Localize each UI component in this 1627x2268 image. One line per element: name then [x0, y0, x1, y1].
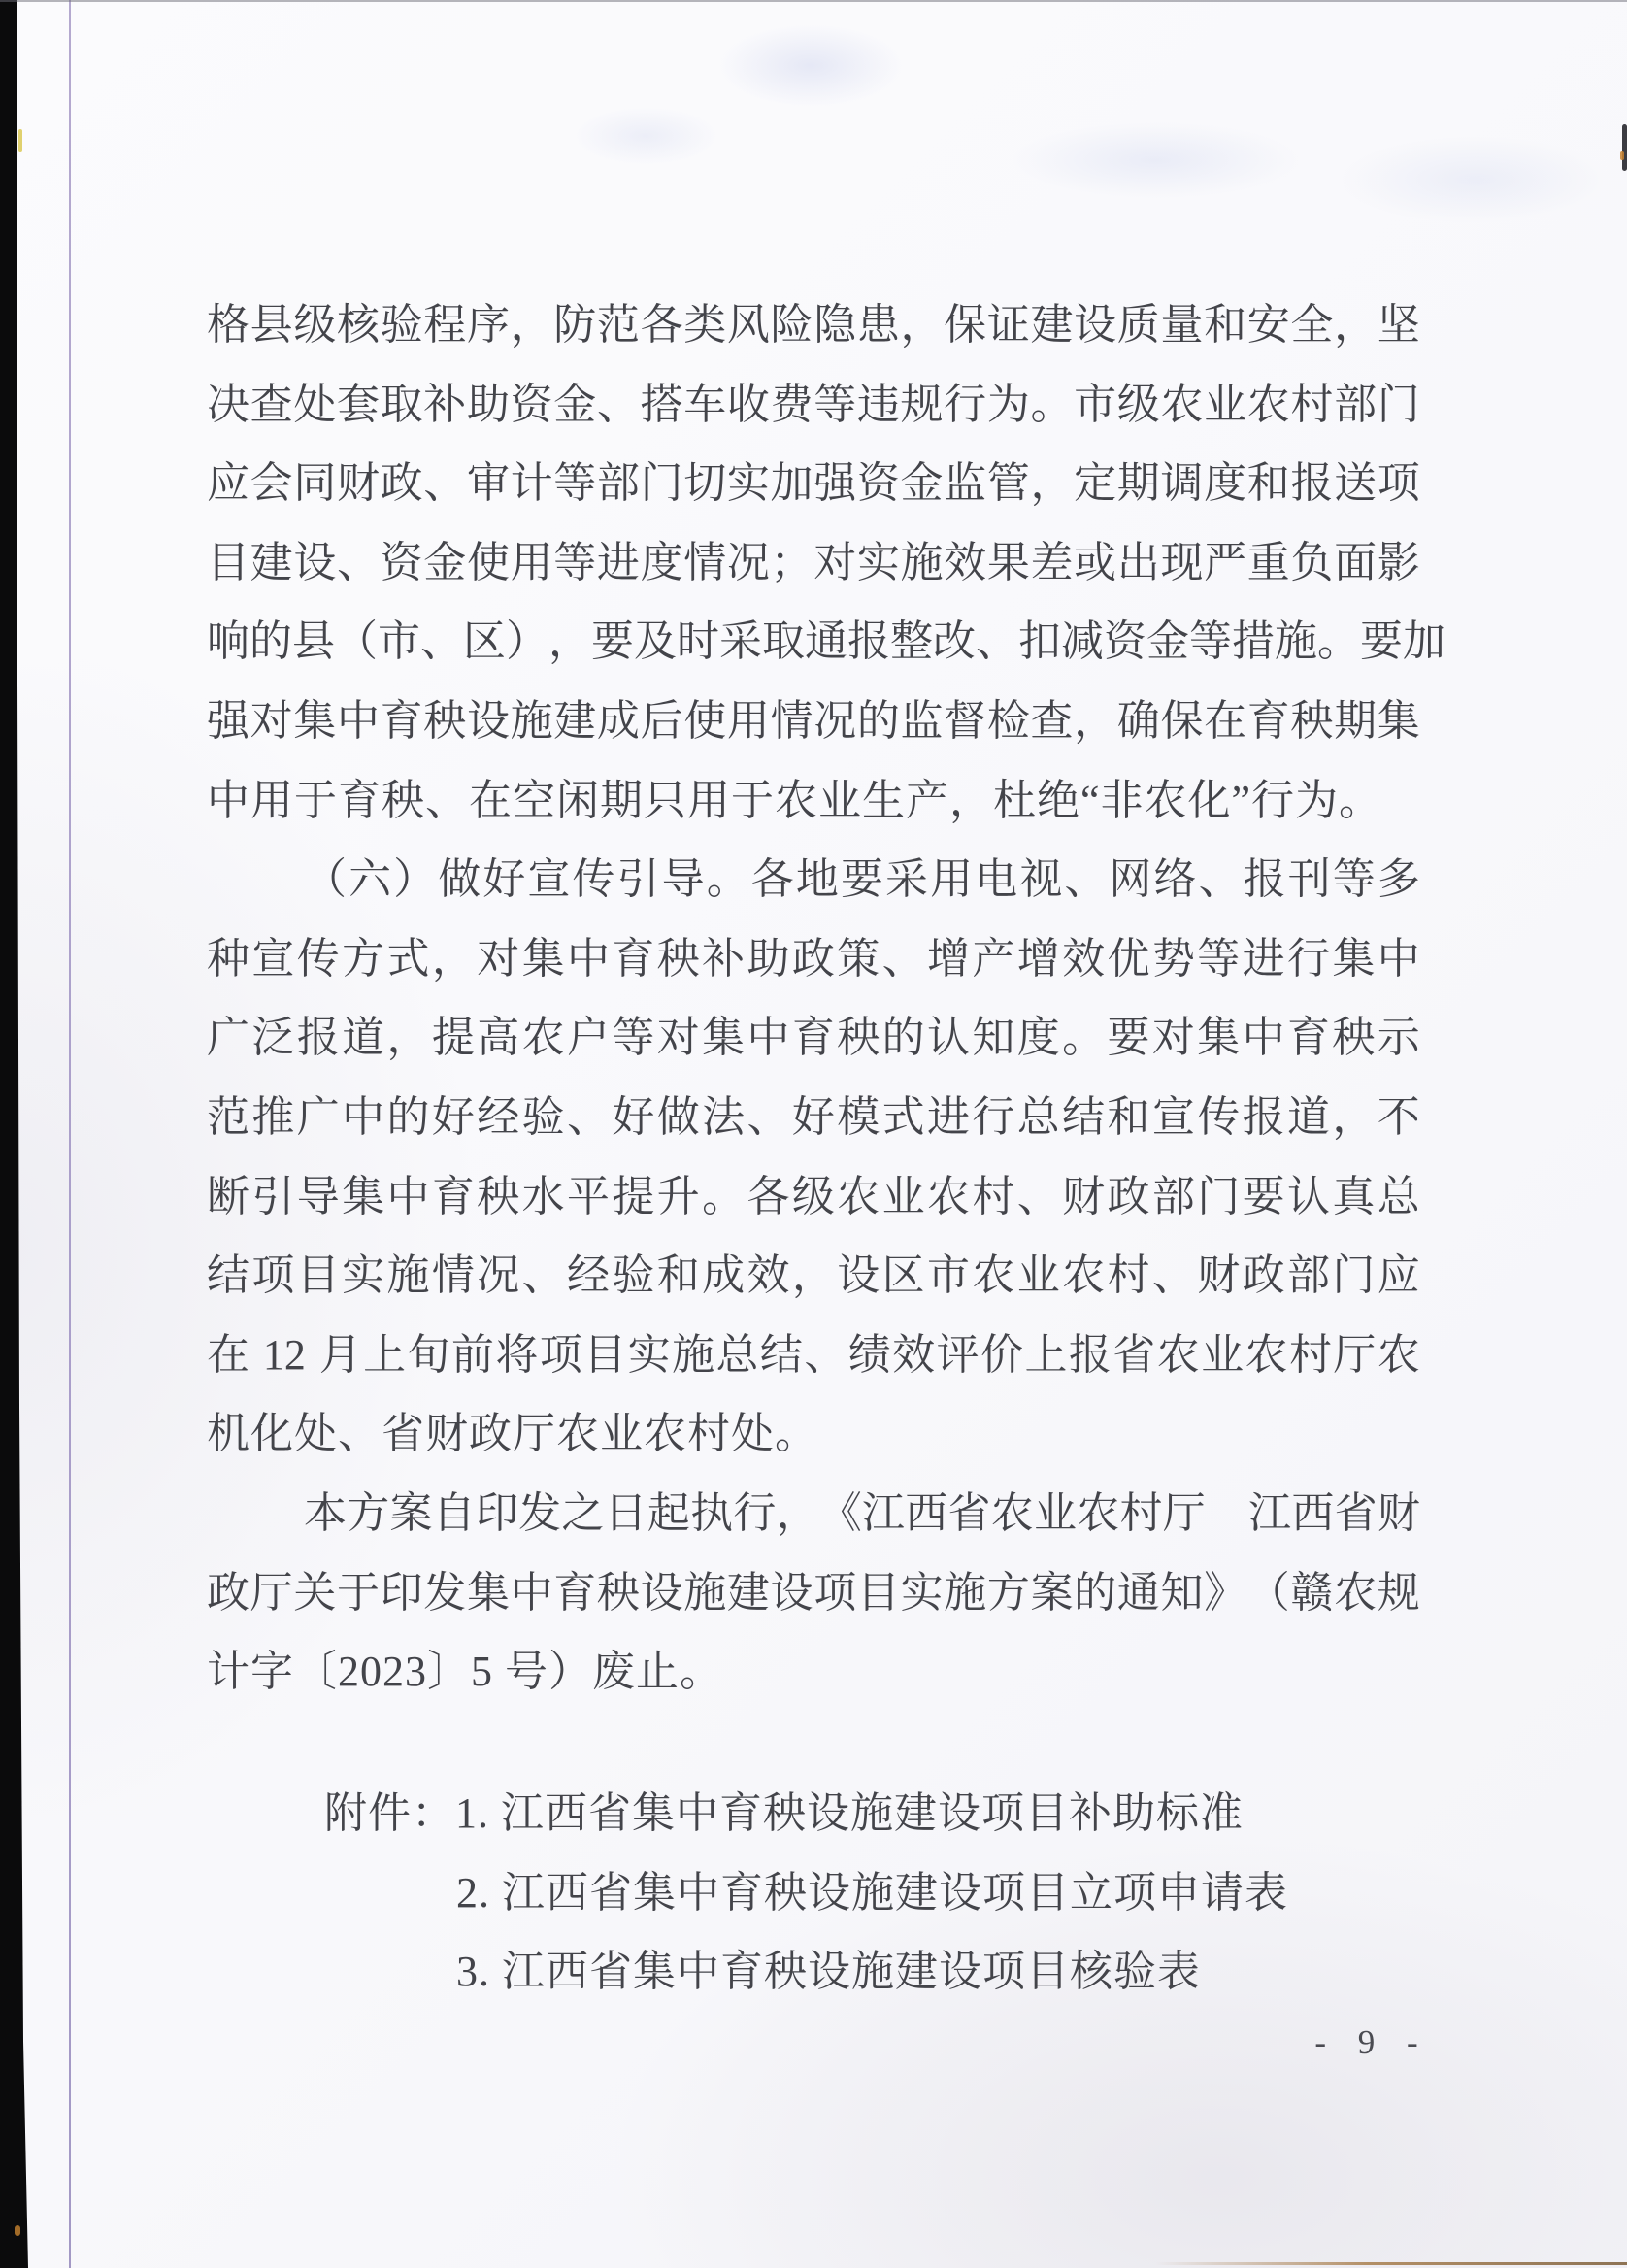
body-line-7: 中用于育秧、在空闲期只用于农业生产，杜绝“非农化”行为。	[207, 761, 1420, 841]
scan-speck	[1620, 151, 1624, 160]
body-line-18: 计字〔2023〕5 号）废止。	[207, 1632, 1420, 1712]
attachment-line-2: 2. 江西省集中育秧设施建设项目立项申请表	[207, 1853, 1420, 1933]
attachment-line-1: 附件：1. 江西省集中育秧设施建设项目补助标准	[207, 1774, 1420, 1853]
scan-right-edge-mark	[1622, 124, 1627, 171]
body-line-2: 决查处套取补助资金、搭车收费等违规行为。市级农业农村部门	[207, 365, 1420, 445]
scan-top-edge-line	[0, 0, 1627, 2]
body-line-1: 格县级核验程序，防范各类风险隐患，保证建设质量和安全，坚	[207, 285, 1420, 365]
body-line-12: 断引导集中育秧水平提升。各级农业农村、财政部门要认真总	[207, 1157, 1420, 1237]
scan-speck	[18, 129, 22, 152]
body-line-9: 种宣传方式，对集中育秧补助政策、增产增效优势等进行集中	[207, 919, 1420, 999]
scan-smudge	[1340, 136, 1611, 223]
body-line-15: 机化处、省财政厅农业农村处。	[207, 1394, 1420, 1474]
body-line-11: 范推广中的好经验、好做法、好模式进行总结和宣传报道，不	[207, 1078, 1420, 1157]
scan-smudge	[1010, 121, 1301, 199]
body-line-10: 广泛报道，提高农户等对集中育秧的认知度。要对集中育秧示	[207, 998, 1420, 1078]
body-line-6: 强对集中育秧设施建成后使用情况的监督检查，确保在育秧期集	[207, 682, 1420, 761]
scan-smudge	[718, 24, 903, 107]
attachment-list: 附件：1. 江西省集中育秧设施建设项目补助标准2. 江西省集中育秧设施建设项目立…	[207, 1774, 1420, 2012]
body-line-14: 在 12 月上旬前将项目实施总结、绩效评价上报省农业农村厅农	[207, 1316, 1420, 1395]
body-line-4: 目建设、资金使用等进度情况；对实施效果差或出现严重负面影	[207, 523, 1420, 603]
scan-bottom-edge-line	[1155, 2262, 1627, 2265]
scan-left-black-edge	[0, 0, 29, 2268]
scan-speck	[15, 2225, 20, 2236]
body-line-5: 响的县（市、区），要及时采取通报整改、扣减资金等措施。要加	[207, 602, 1420, 682]
purple-margin-line	[69, 0, 71, 2268]
page-number: - 9 -	[1262, 2018, 1476, 2068]
document-body: 格县级核验程序，防范各类风险隐患，保证建设质量和安全，坚决查处套取补助资金、搭车…	[207, 285, 1420, 1712]
body-line-8: （六）做好宣传引导。各地要采用电视、网络、报刊等多	[207, 840, 1420, 919]
attachment-line-3: 3. 江西省集中育秧设施建设项目核验表	[207, 1932, 1420, 2012]
body-line-13: 结项目实施情况、经验和成效，设区市农业农村、财政部门应	[207, 1236, 1420, 1316]
body-line-16: 本方案自印发之日起执行，《江西省农业农村厅 江西省财	[207, 1474, 1420, 1553]
scan-smudge	[573, 107, 718, 165]
scanned-document-page: 格县级核验程序，防范各类风险隐患，保证建设质量和安全，坚决查处套取补助资金、搭车…	[0, 0, 1627, 2268]
body-line-3: 应会同财政、审计等部门切实加强资金监管，定期调度和报送项	[207, 444, 1420, 523]
body-line-17: 政厅关于印发集中育秧设施建设项目实施方案的通知》（赣农规	[207, 1553, 1420, 1633]
